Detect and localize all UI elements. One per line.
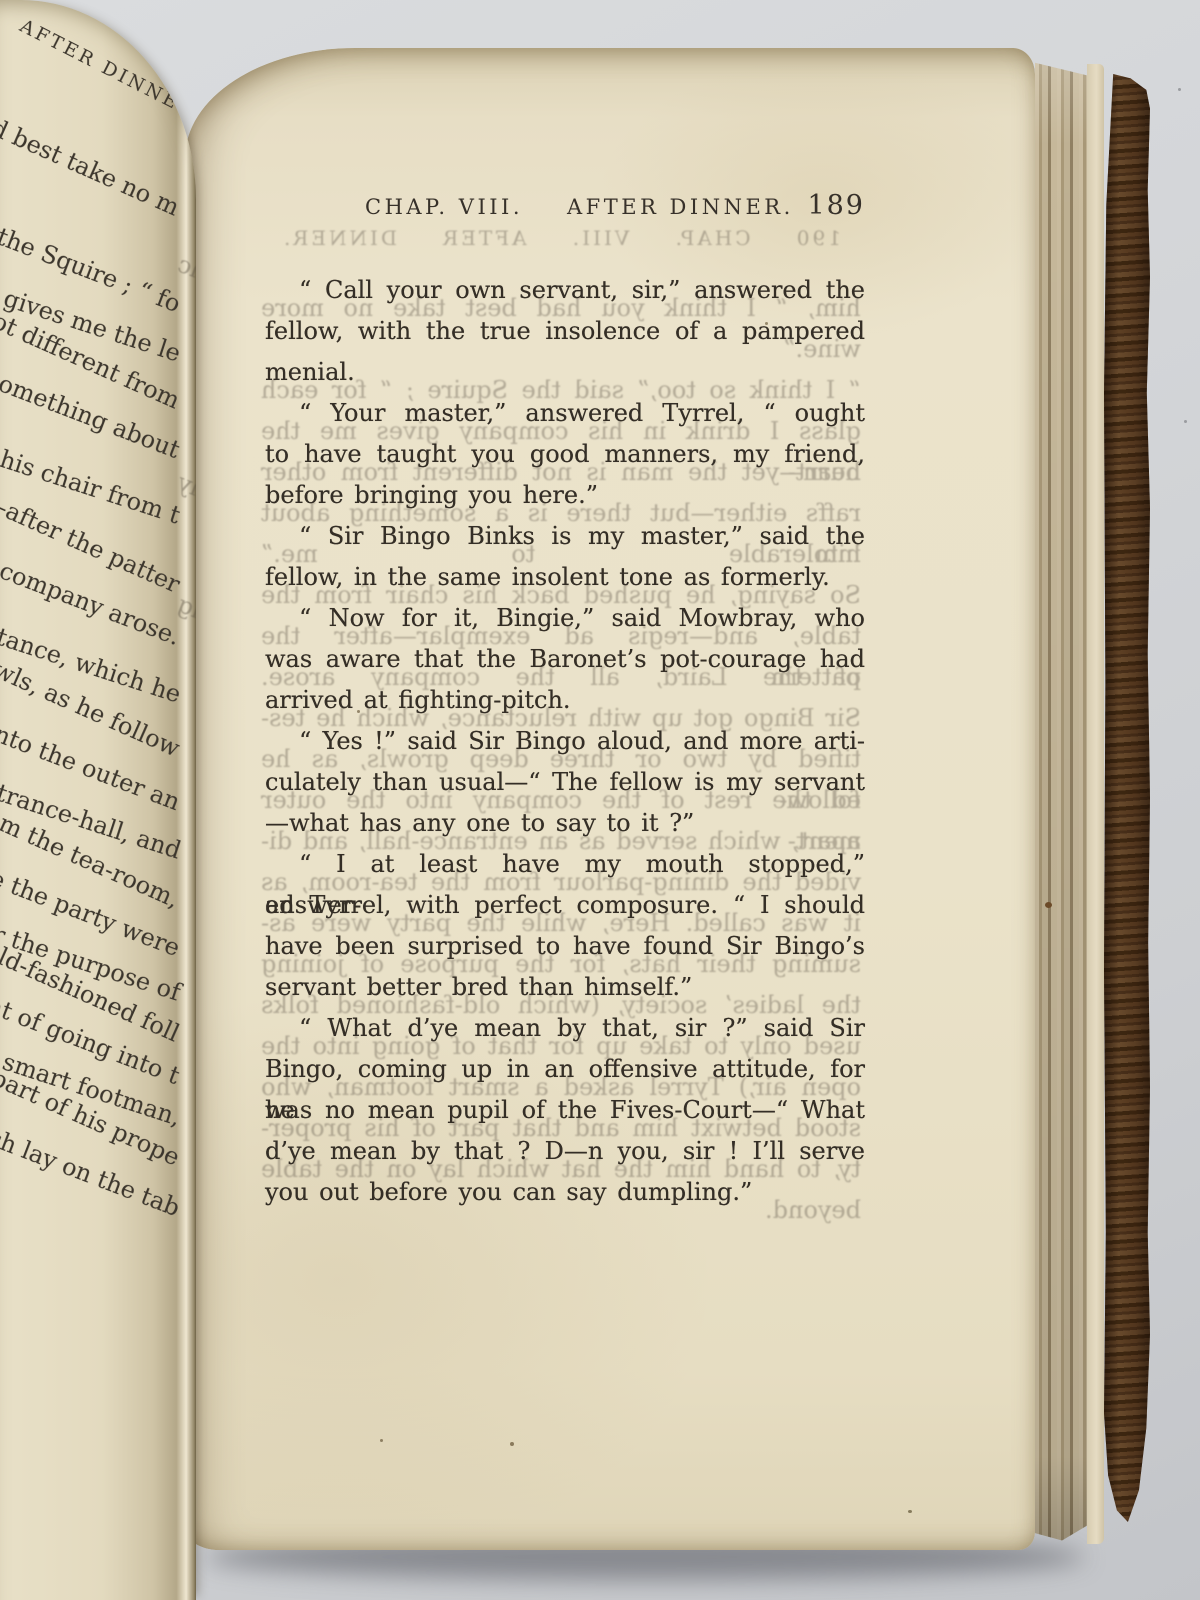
text-line: fellow, in the same insolent tone as for…	[265, 557, 865, 598]
chapter-title: AFTER DINNER.	[567, 195, 794, 219]
verso-page-curl: AFTER DINNERwith the true insolencSir Bi…	[0, 0, 196, 1600]
body-text: “ Call your own servant, sir,” answered …	[265, 270, 865, 1213]
text-line: “ What d’ye mean by that, sir ?” said Si…	[265, 1008, 865, 1049]
foxing-speck	[1045, 902, 1052, 908]
running-header: CHAP. VIII. AFTER DINNER. 189	[265, 190, 865, 230]
page-number: 189	[807, 190, 865, 221]
text-line: was no mean pupil of the Fives-Court—“ W…	[265, 1090, 865, 1131]
text-line: arrived at fighting-pitch.	[265, 680, 865, 721]
text-line: d’ye mean by that ? D—n you, sir ! I’ll …	[265, 1131, 865, 1172]
text-line: fellow, with the true insolence of a pam…	[265, 311, 865, 352]
text-line: to have taught you good manners, my frie…	[265, 434, 865, 475]
foxing-speck	[380, 1439, 383, 1442]
text-line: servant better bred than himself.”	[265, 967, 865, 1008]
text-line: —what has any one to say to it ?”	[265, 803, 865, 844]
text-line: “ Yes !” said Sir Bingo aloud, and more …	[265, 721, 865, 762]
text-line: culately than usual—“ The fellow is my s…	[265, 762, 865, 803]
leather-board-edge	[1104, 74, 1150, 1522]
text-line: “ Call your own servant, sir,” answered …	[265, 270, 865, 311]
book-photograph: 190 CHAP. VIII. AFTER DINNER. him, “ I t…	[0, 0, 1200, 1600]
foxing-speck	[357, 710, 360, 713]
verso-text-fragment: AFTER DINNE	[17, 15, 184, 115]
text-line: “ Sir Bingo Binks is my master,” said th…	[265, 516, 865, 557]
text-line: before bringing you here.”	[265, 475, 865, 516]
text-line: was aware that the Baronet’s pot-courage…	[265, 639, 865, 680]
text-line: you out before you can say dumpling.”	[265, 1172, 865, 1213]
dust-speck	[1178, 88, 1181, 91]
endpaper-edge	[1087, 64, 1104, 1544]
text-line: have been surprised to have found Sir Bi…	[265, 926, 865, 967]
foxing-speck	[765, 322, 768, 325]
foxing-speck	[510, 1442, 514, 1446]
page-edge-stack	[1035, 56, 1087, 1545]
foxing-speck	[908, 1510, 912, 1513]
text-line: “ I at least have my mouth stopped,” ans…	[265, 844, 865, 885]
chapter-label: CHAP. VIII.	[365, 195, 523, 219]
dust-speck	[1184, 420, 1187, 423]
text-line: “ Your master,” answered Tyrrel, “ ought	[265, 393, 865, 434]
text-line: ed Tyrrel, with perfect composure. “ I s…	[265, 885, 865, 926]
text-line: “ Now for it, Bingie,” said Mowbray, who	[265, 598, 865, 639]
page-content: 190 CHAP. VIII. AFTER DINNER. him, “ I t…	[265, 190, 865, 1213]
recto-page: 190 CHAP. VIII. AFTER DINNER. him, “ I t…	[185, 48, 1035, 1550]
text-line: menial.	[265, 352, 865, 393]
text-line: Bingo, coming up in an offensive attitud…	[265, 1049, 865, 1090]
